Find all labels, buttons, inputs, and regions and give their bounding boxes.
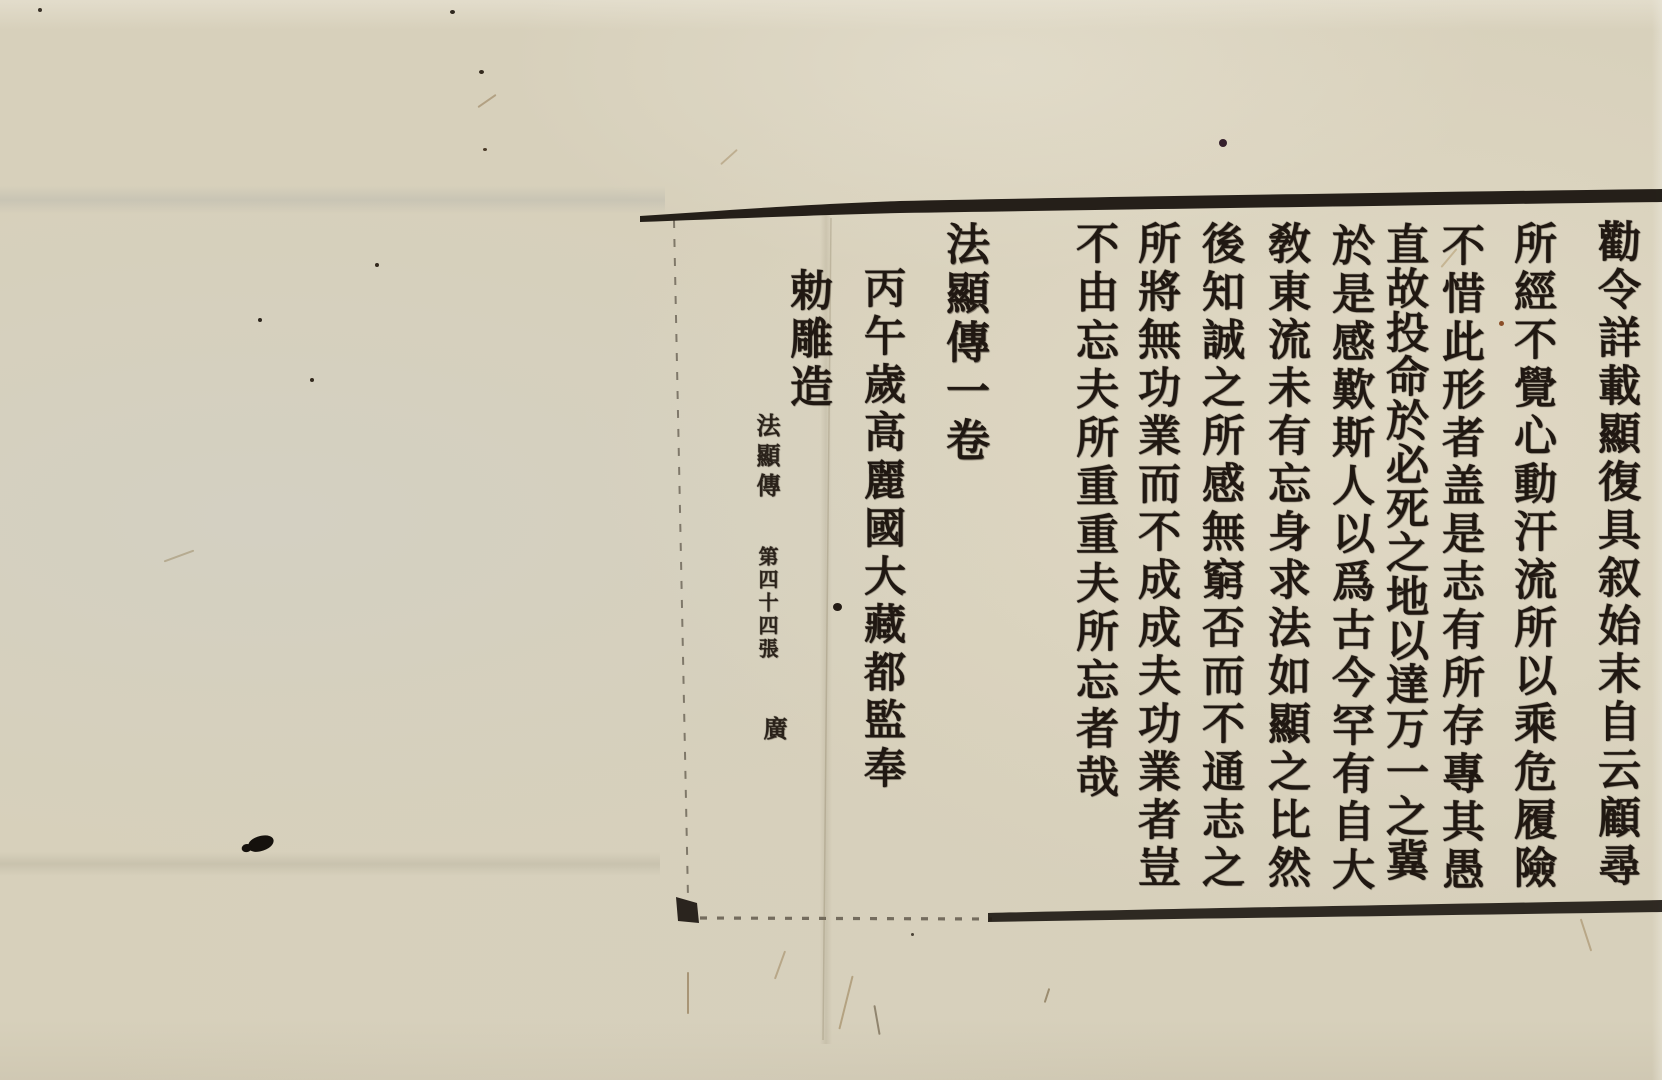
ink-speck [258, 318, 262, 322]
manuscript-page: 勸令詳載顯復具叙始末自云顧尋 所經不覺心動汗流所以乘危履險 不惜此形者盖是志有所… [0, 0, 1662, 1080]
end-title-column: 法顯傳一卷 [931, 221, 995, 466]
text-column-6: 敎東流未有忘身求法如顯之比然 [1256, 221, 1317, 893]
sheet-number-label: 第四十四張 [753, 546, 782, 661]
frame-corner-blob [676, 897, 699, 923]
ink-speck [833, 603, 842, 611]
ink-speck [1219, 139, 1227, 147]
frame-top-rule [640, 189, 1662, 222]
ink-speck [479, 70, 484, 74]
ink-speck [375, 263, 379, 267]
rust-speck [1499, 321, 1504, 326]
frame-bottom-rule-faint [700, 918, 992, 919]
colophon-decree-column: 勅雕造 [778, 268, 839, 412]
ink-speck [483, 148, 487, 151]
text-column-5: 於是感歎斯人以爲古今罕有自大 [1320, 223, 1381, 895]
volume-siglum: 廣 [756, 716, 791, 740]
ink-speck [310, 378, 314, 382]
text-column-2: 所經不覺心動汗流所以乘危履險 [1502, 221, 1563, 893]
frame-bottom-rule [988, 900, 1662, 922]
colophon-date-column: 丙午歲高麗國大藏都監奉 [852, 266, 912, 794]
ink-speck [450, 10, 455, 14]
text-column-3: 不惜此形者盖是志有所存專其愚 [1430, 223, 1491, 895]
ink-speck [911, 933, 914, 936]
frame-left-rule [674, 220, 688, 898]
text-column-9: 不由忘夫所重重夫所忘者哉 [1064, 221, 1125, 803]
text-column-7: 後知誠之所感無窮否而不通志之 [1190, 221, 1251, 893]
margin-title: 法顯傳 [749, 413, 784, 503]
text-column-1: 勸令詳載顯復具叙始末自云顧尋 [1586, 219, 1647, 891]
ink-speck [38, 8, 42, 12]
text-column-8: 所將無功業而不成成夫功業者豈 [1126, 221, 1187, 893]
text-column-4: 直故投命於必死之地以達万一之冀 [1374, 222, 1435, 882]
